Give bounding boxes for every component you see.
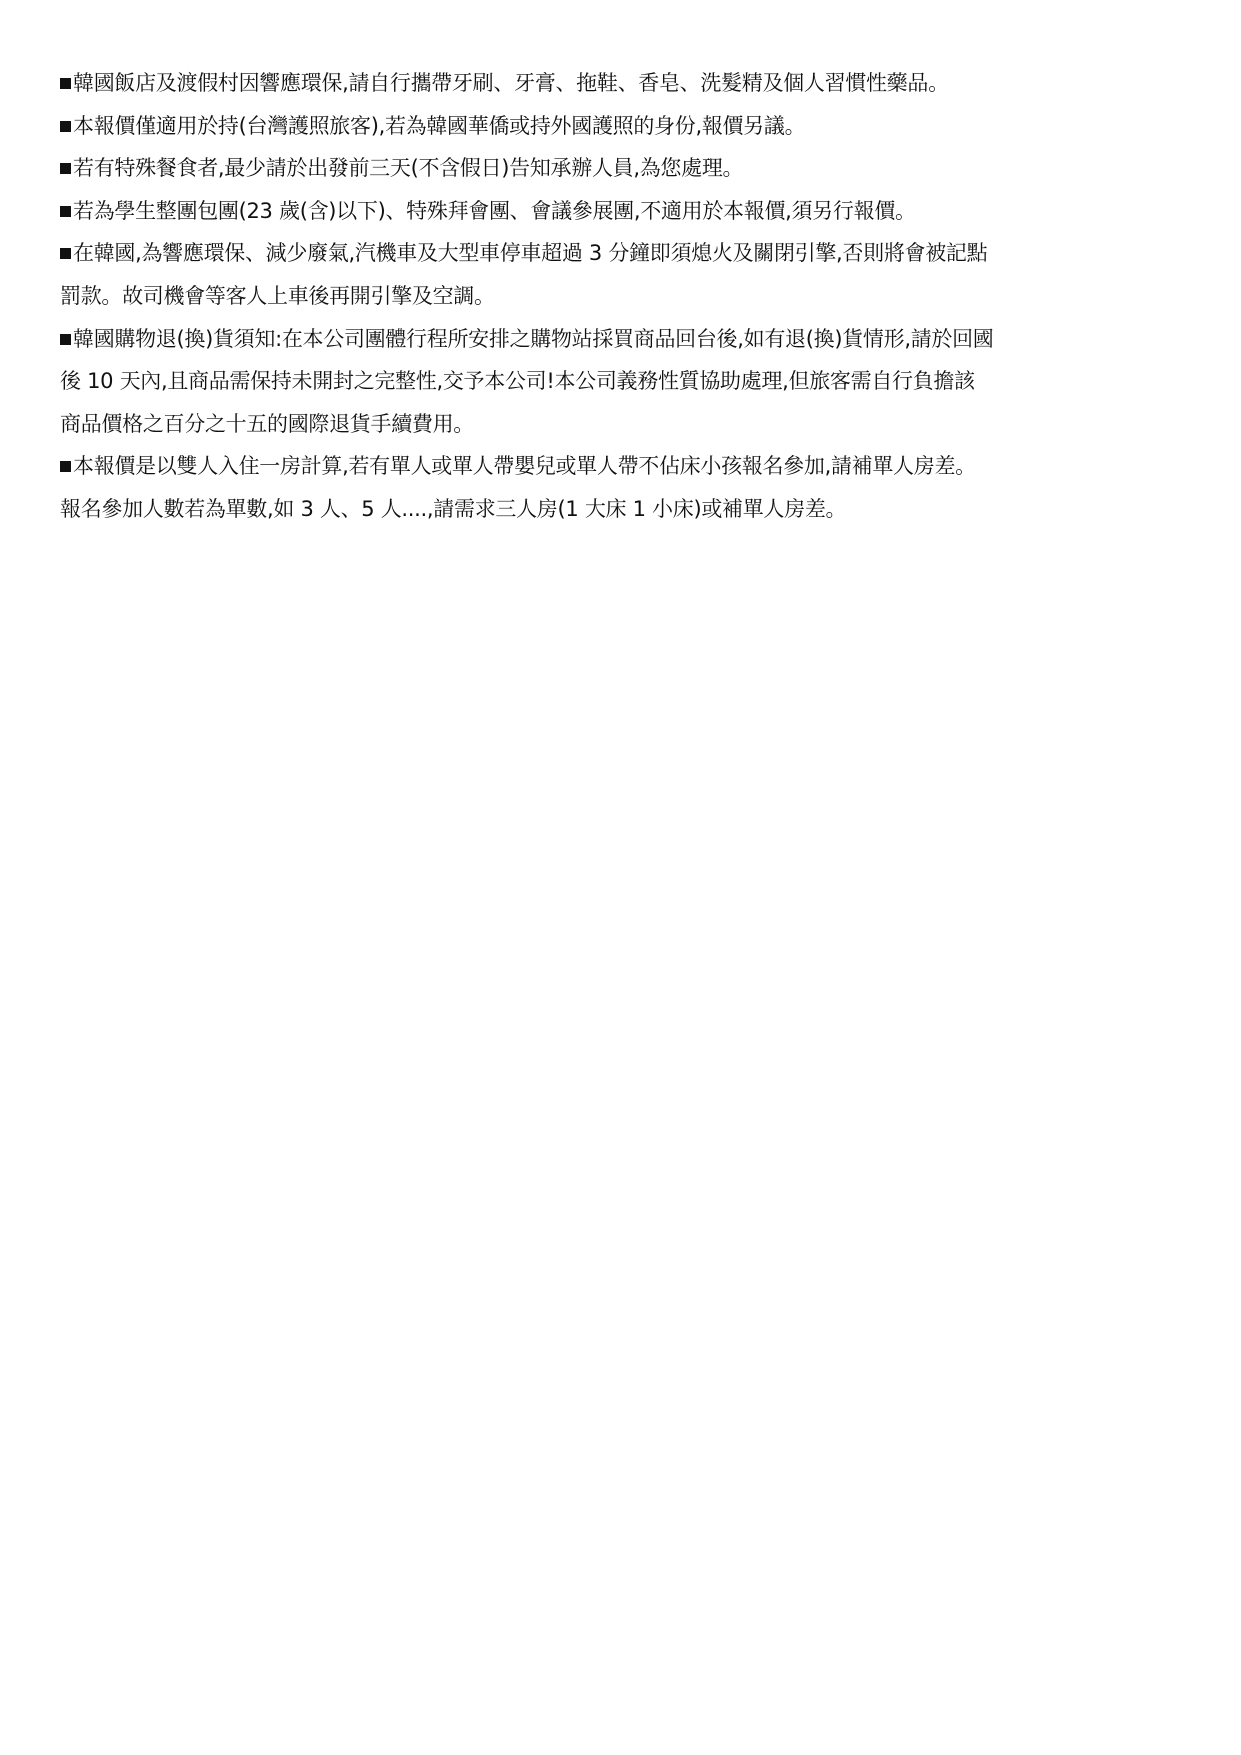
note-passport-eligibility: 本報價僅適用於持(台灣護照旅客),若為韓國華僑或持外國護照的身份,報價另議。 xyxy=(60,105,1185,148)
square-bullet-icon xyxy=(60,121,71,132)
note-line: 在韓國,為響應環保、減少廢氣,汽機車及大型車停車超過 3 分鐘即須熄火及關閉引擎… xyxy=(60,232,1185,275)
document-page: 韓國飯店及渡假村因響應環保,請自行攜帶牙刷、牙膏、拖鞋、香皂、洗髮精及個人習慣性… xyxy=(60,62,1185,531)
note-line: 罰款。故司機會等客人上車後再開引擎及空調。 xyxy=(60,275,1185,318)
note-line: 報名參加人數若為單數,如 3 人、5 人....,請需求三人房(1 大床 1 小… xyxy=(60,488,1185,531)
square-bullet-icon xyxy=(60,206,71,217)
note-hotel-amenities: 韓國飯店及渡假村因響應環保,請自行攜帶牙刷、牙膏、拖鞋、香皂、洗髮精及個人習慣性… xyxy=(60,62,1185,105)
note-line: 韓國飯店及渡假村因響應環保,請自行攜帶牙刷、牙膏、拖鞋、香皂、洗髮精及個人習慣性… xyxy=(60,62,1185,105)
square-bullet-icon xyxy=(60,248,71,259)
note-student-groups: 若為學生整團包團(23 歲(含)以下)、特殊拜會團、會議參展團,不適用於本報價,… xyxy=(60,190,1185,233)
square-bullet-icon xyxy=(60,163,71,174)
note-engine-idling: 在韓國,為響應環保、減少廢氣,汽機車及大型車停車超過 3 分鐘即須熄火及關閉引擎… xyxy=(60,232,1185,317)
square-bullet-icon xyxy=(60,461,71,472)
note-line: 本報價僅適用於持(台灣護照旅客),若為韓國華僑或持外國護照的身份,報價另議。 xyxy=(60,105,1185,148)
note-line: 若為學生整團包團(23 歲(含)以下)、特殊拜會團、會議參展團,不適用於本報價,… xyxy=(60,190,1185,233)
square-bullet-icon xyxy=(60,78,71,89)
note-line: 韓國購物退(換)貨須知:在本公司團體行程所安排之購物站採買商品回台後,如有退(換… xyxy=(60,318,1185,361)
note-line: 後 10 天內,且商品需保持未開封之完整性,交予本公司!本公司義務性質協助處理,… xyxy=(60,360,1185,403)
note-line: 商品價格之百分之十五的國際退貨手續費用。 xyxy=(60,403,1185,446)
note-line: 若有特殊餐食者,最少請於出發前三天(不含假日)告知承辦人員,為您處理。 xyxy=(60,147,1185,190)
note-line: 本報價是以雙人入住一房計算,若有單人或單人帶嬰兒或單人帶不佔床小孩報名參加,請補… xyxy=(60,445,1185,488)
square-bullet-icon xyxy=(60,334,71,345)
note-room-occupancy: 本報價是以雙人入住一房計算,若有單人或單人帶嬰兒或單人帶不佔床小孩報名參加,請補… xyxy=(60,445,1185,530)
note-shopping-returns: 韓國購物退(換)貨須知:在本公司團體行程所安排之購物站採買商品回台後,如有退(換… xyxy=(60,318,1185,446)
note-special-meals: 若有特殊餐食者,最少請於出發前三天(不含假日)告知承辦人員,為您處理。 xyxy=(60,147,1185,190)
